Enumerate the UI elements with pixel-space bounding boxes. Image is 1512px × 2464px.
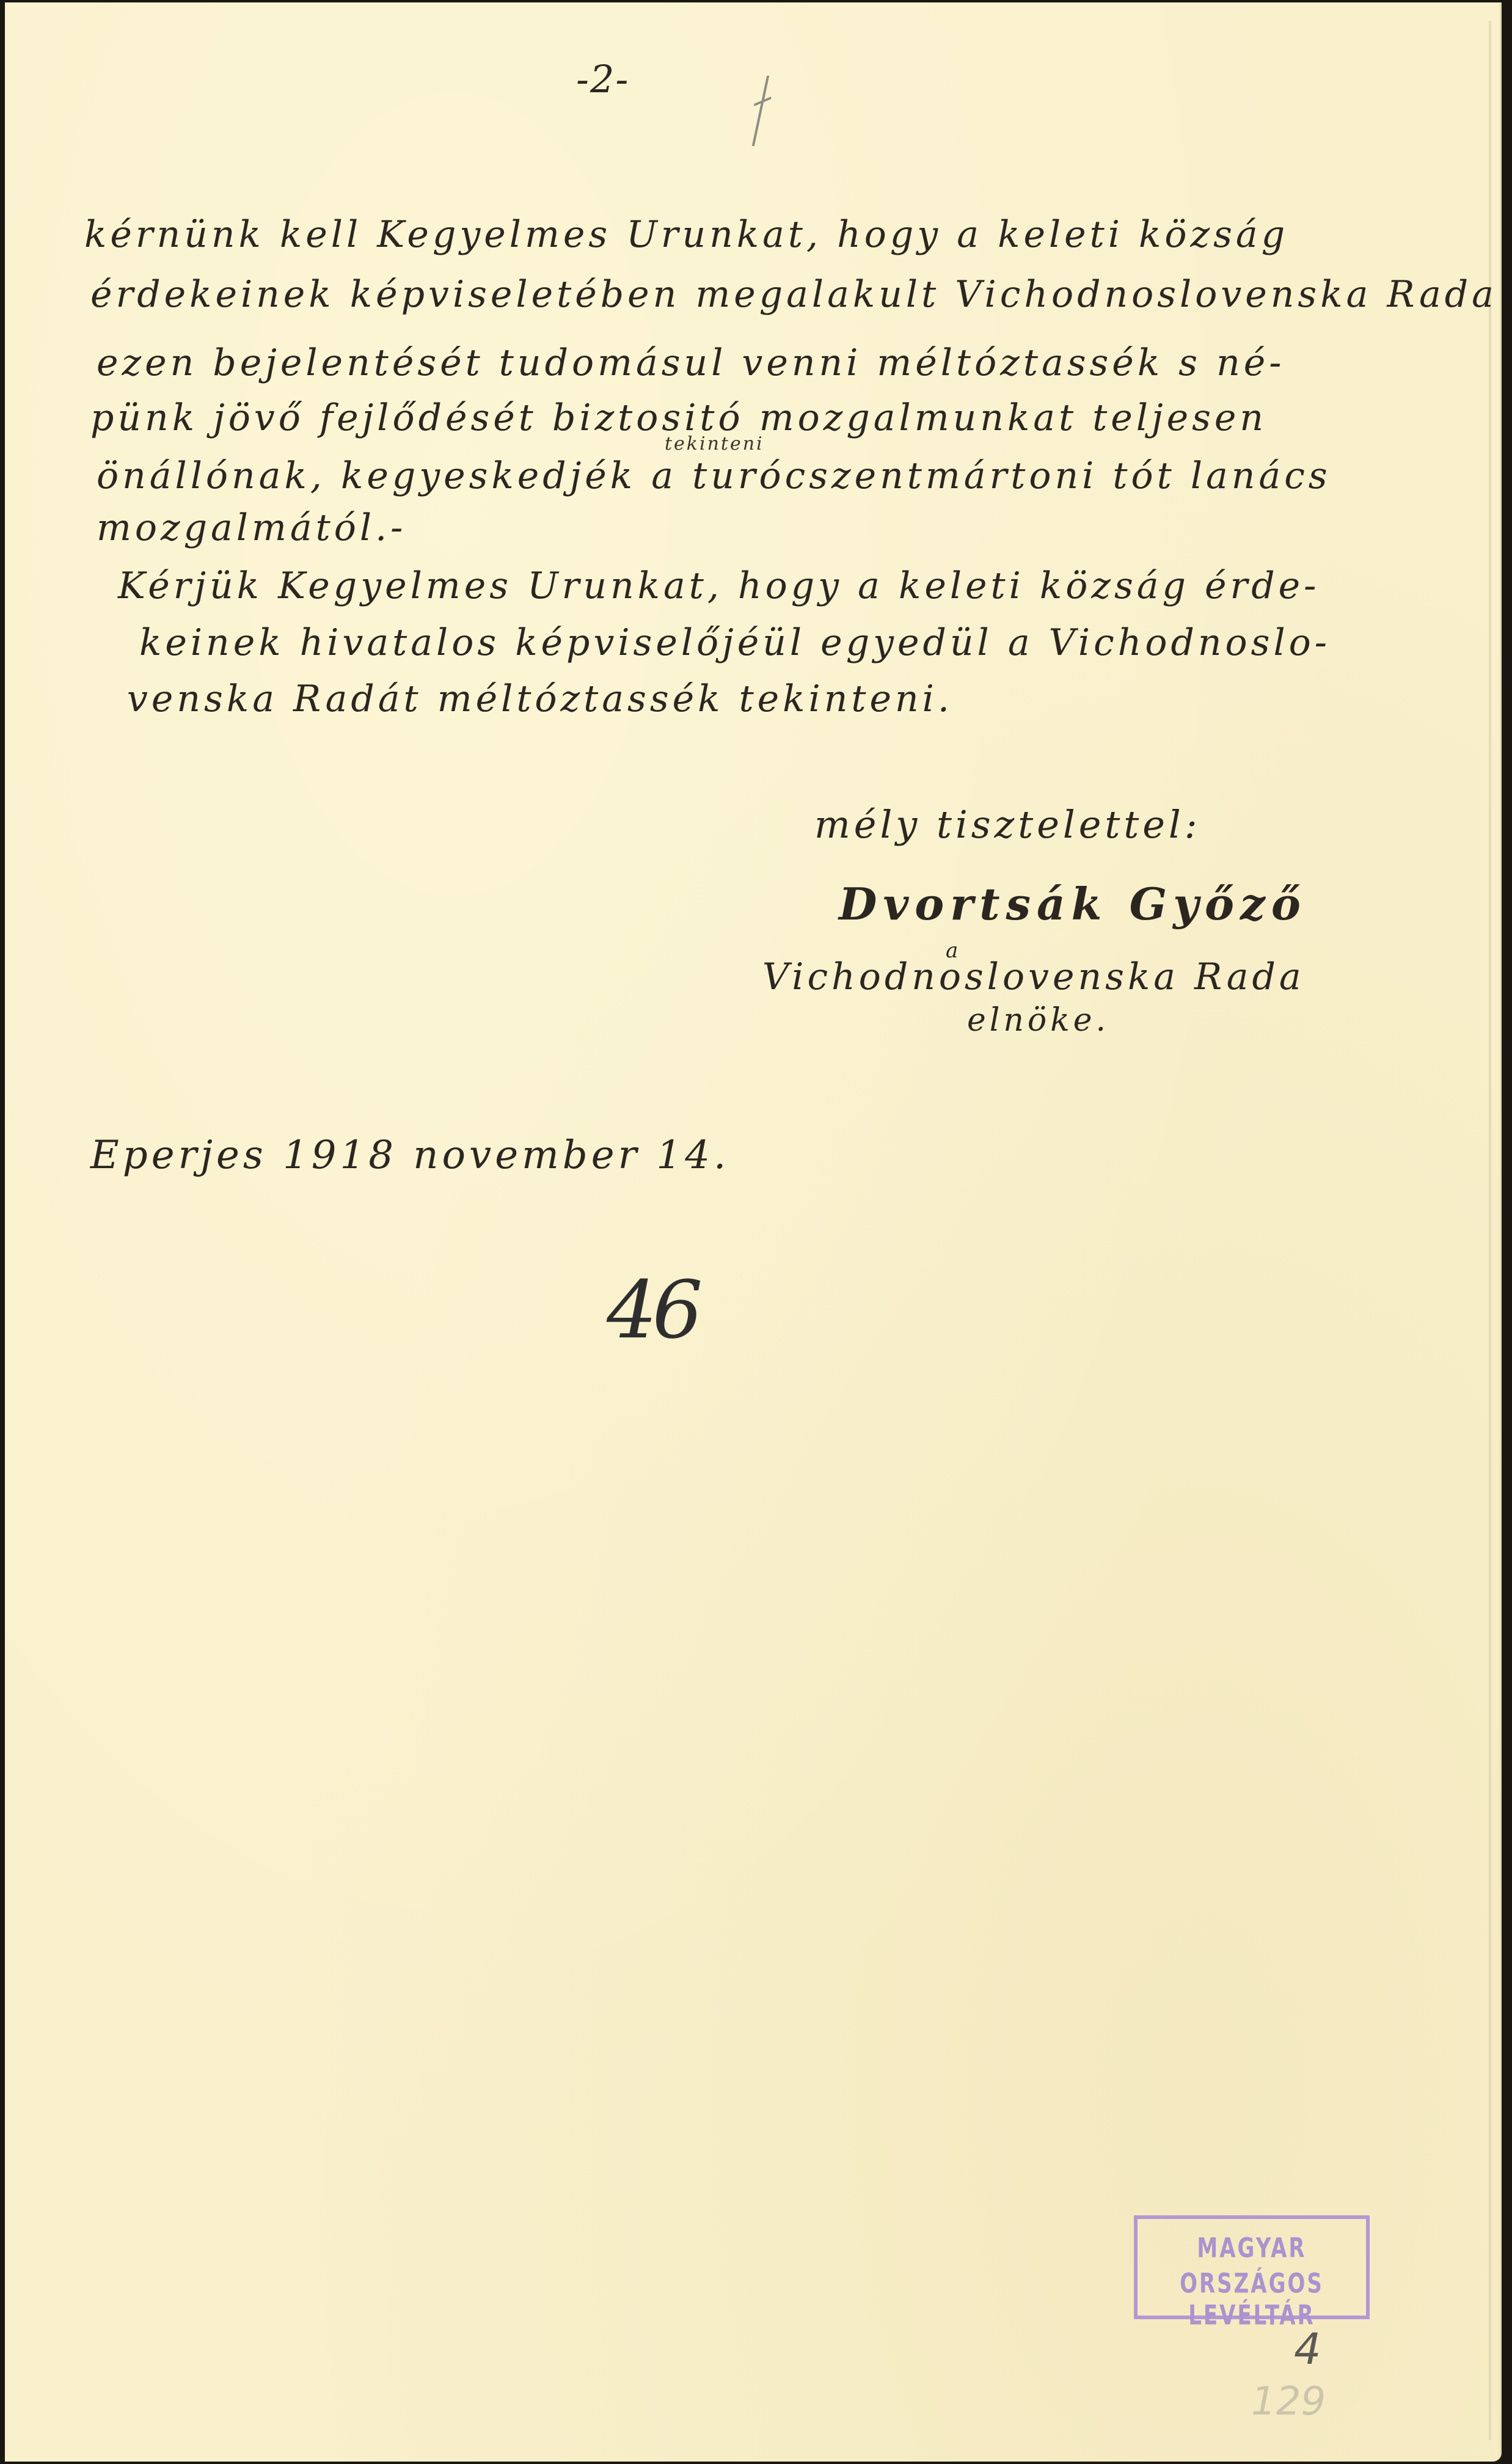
- body-line: érdekeinek képviseletében megalakult Vic…: [90, 276, 1497, 313]
- page-edge: [1489, 21, 1491, 2440]
- signatory-title: elnöke.: [967, 1004, 1109, 1036]
- folio-number: 46: [607, 1270, 698, 1350]
- body-line: pünk jövő fejlődését biztositó mozgalmun…: [90, 400, 1267, 436]
- body-line: kérnünk kell Kegyelmes Urunkat, hogy a k…: [84, 216, 1288, 253]
- body-line: mozgalmától.-: [97, 510, 406, 546]
- signature: Dvortsák Győző: [839, 882, 1307, 926]
- interlinear-insertion: tekinteni: [665, 435, 764, 453]
- page-number: -2-: [576, 60, 629, 98]
- archive-stamp: MAGYAR ORSZÁGOS LEVÉLTÁR: [1134, 2215, 1370, 2319]
- pencil-mark-icon: [752, 76, 783, 146]
- stamp-line-2: ORSZÁGOS LEVÉLTÁR: [1138, 2268, 1366, 2331]
- body-line: venska Radát méltóztassék tekinteni.: [127, 681, 953, 717]
- body-line: keinek hivatalos képviselőjéül egyedül a…: [139, 624, 1331, 661]
- body-line: Kérjük Kegyelmes Urunkat, hogy a keleti …: [118, 568, 1320, 604]
- body-line: ezen bejelentését tudomásul venni méltóz…: [97, 345, 1285, 381]
- body-line: önállónak, kegyeskedjék a turócszentmárt…: [97, 458, 1331, 494]
- organization-name: Vichodnoslovenska Rada: [762, 959, 1305, 995]
- date-line: Eperjes 1918 november 14.: [90, 1136, 729, 1175]
- pencil-corner-number: 4: [1294, 2324, 1321, 2374]
- document-page: -2- kérnünk kell Kegyelmes Urunkat, hogy…: [5, 2, 1502, 2462]
- closing-salutation: mély tisztelettel:: [814, 806, 1201, 844]
- stamp-line-1: MAGYAR: [1138, 2232, 1366, 2264]
- pencil-faint-number: 129: [1251, 2379, 1326, 2424]
